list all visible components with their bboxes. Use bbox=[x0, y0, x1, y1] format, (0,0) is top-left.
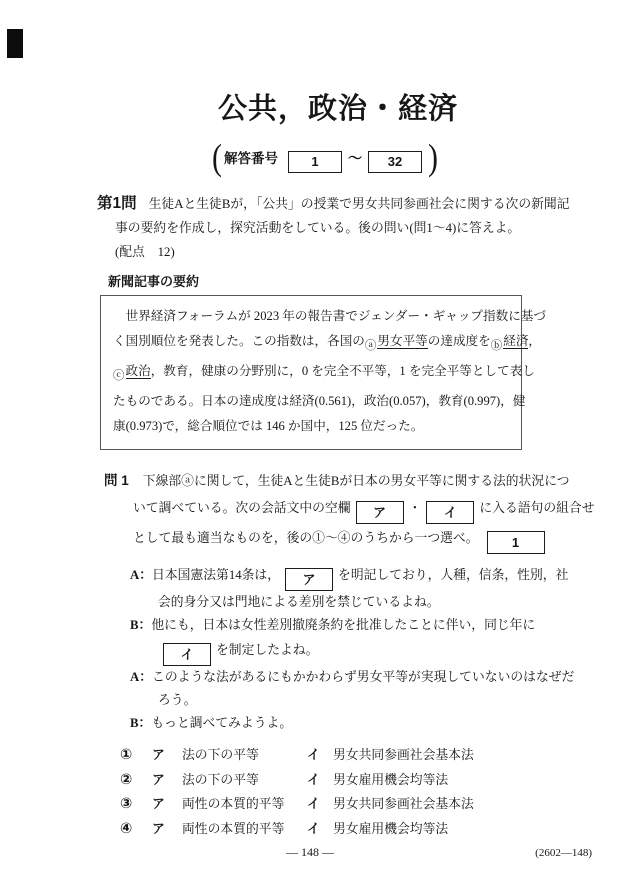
blank-box-i-inline: イ bbox=[163, 643, 211, 666]
circled-a-mark: ⓐ bbox=[365, 340, 377, 352]
answer-number-from-box: 1 bbox=[288, 151, 342, 173]
answer-number-range: (解答番号1～32) bbox=[30, 142, 620, 174]
circled-b-mark: ⓑ bbox=[491, 340, 503, 352]
close-paren: ) bbox=[428, 138, 438, 178]
choice-2-number: ② bbox=[120, 768, 152, 793]
sub-question1-line1: 下線部ⓐに関して，生徒Aと生徒Bが日本の男女平等に関する法的状況につ bbox=[143, 474, 570, 488]
question1-intro-line2: 事の要約を作成し，探究活動をしている。後の問い(問1～4)に答えよ。 bbox=[115, 216, 620, 240]
blank-box-i: イ bbox=[426, 501, 474, 524]
article-summary-heading: 新聞記事の要約 bbox=[108, 272, 620, 292]
choice-row-2: ②ア法の下の平等イ男女雇用機会均等法 bbox=[120, 768, 620, 793]
choice-1-number: ① bbox=[120, 743, 152, 768]
article-line-1: 世界経済フォーラムが 2023 年の報告書でジェンダー・ギャップ指数に基づ bbox=[113, 304, 509, 329]
article-line-2: く国別順位を発表した。この指数は，各国のⓐ男女平等の達成度をⓑ経済， bbox=[113, 329, 509, 359]
choice-row-3: ③ア両性の本質的平等イ男女共同参画社会基本法 bbox=[120, 792, 620, 817]
underlined-term-gender-equality: 男女平等 bbox=[377, 334, 427, 349]
dialogue-line-a2-cont: ろう。 bbox=[158, 689, 620, 712]
sub-question1-heading: 問 1下線部ⓐに関して，生徒Aと生徒Bが日本の男女平等に関する法的状況につ bbox=[104, 468, 620, 494]
underlined-term-politics: 政治 bbox=[126, 364, 151, 379]
open-paren: ( bbox=[212, 138, 222, 178]
dialogue-line-a1: A：日本国憲法第14条は，アを明記しており，人種，信条，性別，社 bbox=[130, 564, 620, 591]
blank-box-a: ア bbox=[356, 501, 404, 524]
sub-question1-line2: いて調べている。次の会話文中の空欄ア・イに入る語句の組合せ bbox=[133, 494, 620, 524]
exam-page: { "page": { "title": "公共，政治・経済", "answer… bbox=[0, 0, 620, 876]
dialogue-line-b1-cont: イを制定したよね。 bbox=[158, 637, 620, 666]
speaker-b: B： bbox=[130, 618, 151, 632]
choice-3-number: ③ bbox=[120, 792, 152, 817]
speaker-a: A： bbox=[130, 568, 152, 582]
sub-question1-line3: として最も適当なものを，後の①～④のうちから一つ選べ。1 bbox=[133, 524, 620, 554]
speaker-a2: A： bbox=[130, 670, 152, 684]
page-number: — 148 — bbox=[0, 843, 620, 861]
question1-points: (配点 12) bbox=[115, 240, 620, 264]
dialogue-line-a2: A：このような法があるにもかかわらず男女平等が実現していないのはなぜだ bbox=[130, 666, 620, 689]
page-footer: — 148 — (2602—148) bbox=[0, 843, 620, 861]
article-summary-box: 世界経済フォーラムが 2023 年の報告書でジェンダー・ギャップ指数に基づ く国… bbox=[100, 295, 522, 450]
article-line-4: たものである。日本の達成度は経済(0.561)，政治(0.057)，教育(0.9… bbox=[113, 389, 509, 414]
answer-number-to-box: 32 bbox=[368, 151, 422, 173]
blank-box-a-inline: ア bbox=[285, 568, 333, 591]
dialogue-line-a1-cont: 会的身分又は門地による差別を禁じているよね。 bbox=[158, 591, 620, 614]
choice-row-4: ④ア両性の本質的平等イ男女雇用機会均等法 bbox=[120, 817, 620, 842]
middle-dot: ・ bbox=[409, 501, 422, 515]
question1-intro-line1: 生徒Aと生徒Bが，「公共」の授業で男女共同参画社会に関する次の新聞記 bbox=[149, 197, 570, 211]
choices-list: ①ア法の下の平等イ男女共同参画社会基本法 ②ア法の下の平等イ男女雇用機会均等法 … bbox=[120, 743, 620, 841]
question1-heading: 第1問生徒Aと生徒Bが，「公共」の授業で男女共同参画社会に関する次の新聞記 bbox=[97, 192, 620, 216]
answer-number-box-1: 1 bbox=[487, 531, 545, 554]
page-title: 公共，政治・経済 bbox=[56, 90, 620, 128]
dialogue-line-b2: B：もっと調べてみようよ。 bbox=[130, 712, 620, 735]
tilde: ～ bbox=[348, 152, 362, 167]
sub-question1-label: 問 1 bbox=[104, 473, 129, 488]
document-code: (2602—148) bbox=[535, 844, 592, 862]
speaker-b2: B： bbox=[130, 716, 151, 730]
article-line-3: ⓒ政治，教育，健康の分野別に，0 を完全不平等，1 を完全平等として表し bbox=[113, 359, 509, 389]
underlined-term-economy: 経済 bbox=[503, 334, 528, 349]
choice-4-number: ④ bbox=[120, 817, 152, 842]
article-line-5: 康(0.973)で，総合順位では 146 か国中，125 位だった。 bbox=[113, 414, 509, 439]
circled-c-mark: ⓒ bbox=[113, 370, 125, 382]
page-index-mark bbox=[7, 29, 23, 58]
dialogue-line-b1: B：他にも，日本は女性差別撤廃条約を批准したことに伴い，同じ年に bbox=[130, 614, 620, 637]
dialogue-section: A：日本国憲法第14条は，アを明記しており，人種，信条，性別，社 会的身分又は門… bbox=[0, 564, 620, 735]
answer-number-label: 解答番号 bbox=[224, 151, 278, 166]
choice-row-1: ①ア法の下の平等イ男女共同参画社会基本法 bbox=[120, 743, 620, 768]
question1-label: 第1問 bbox=[97, 195, 137, 212]
